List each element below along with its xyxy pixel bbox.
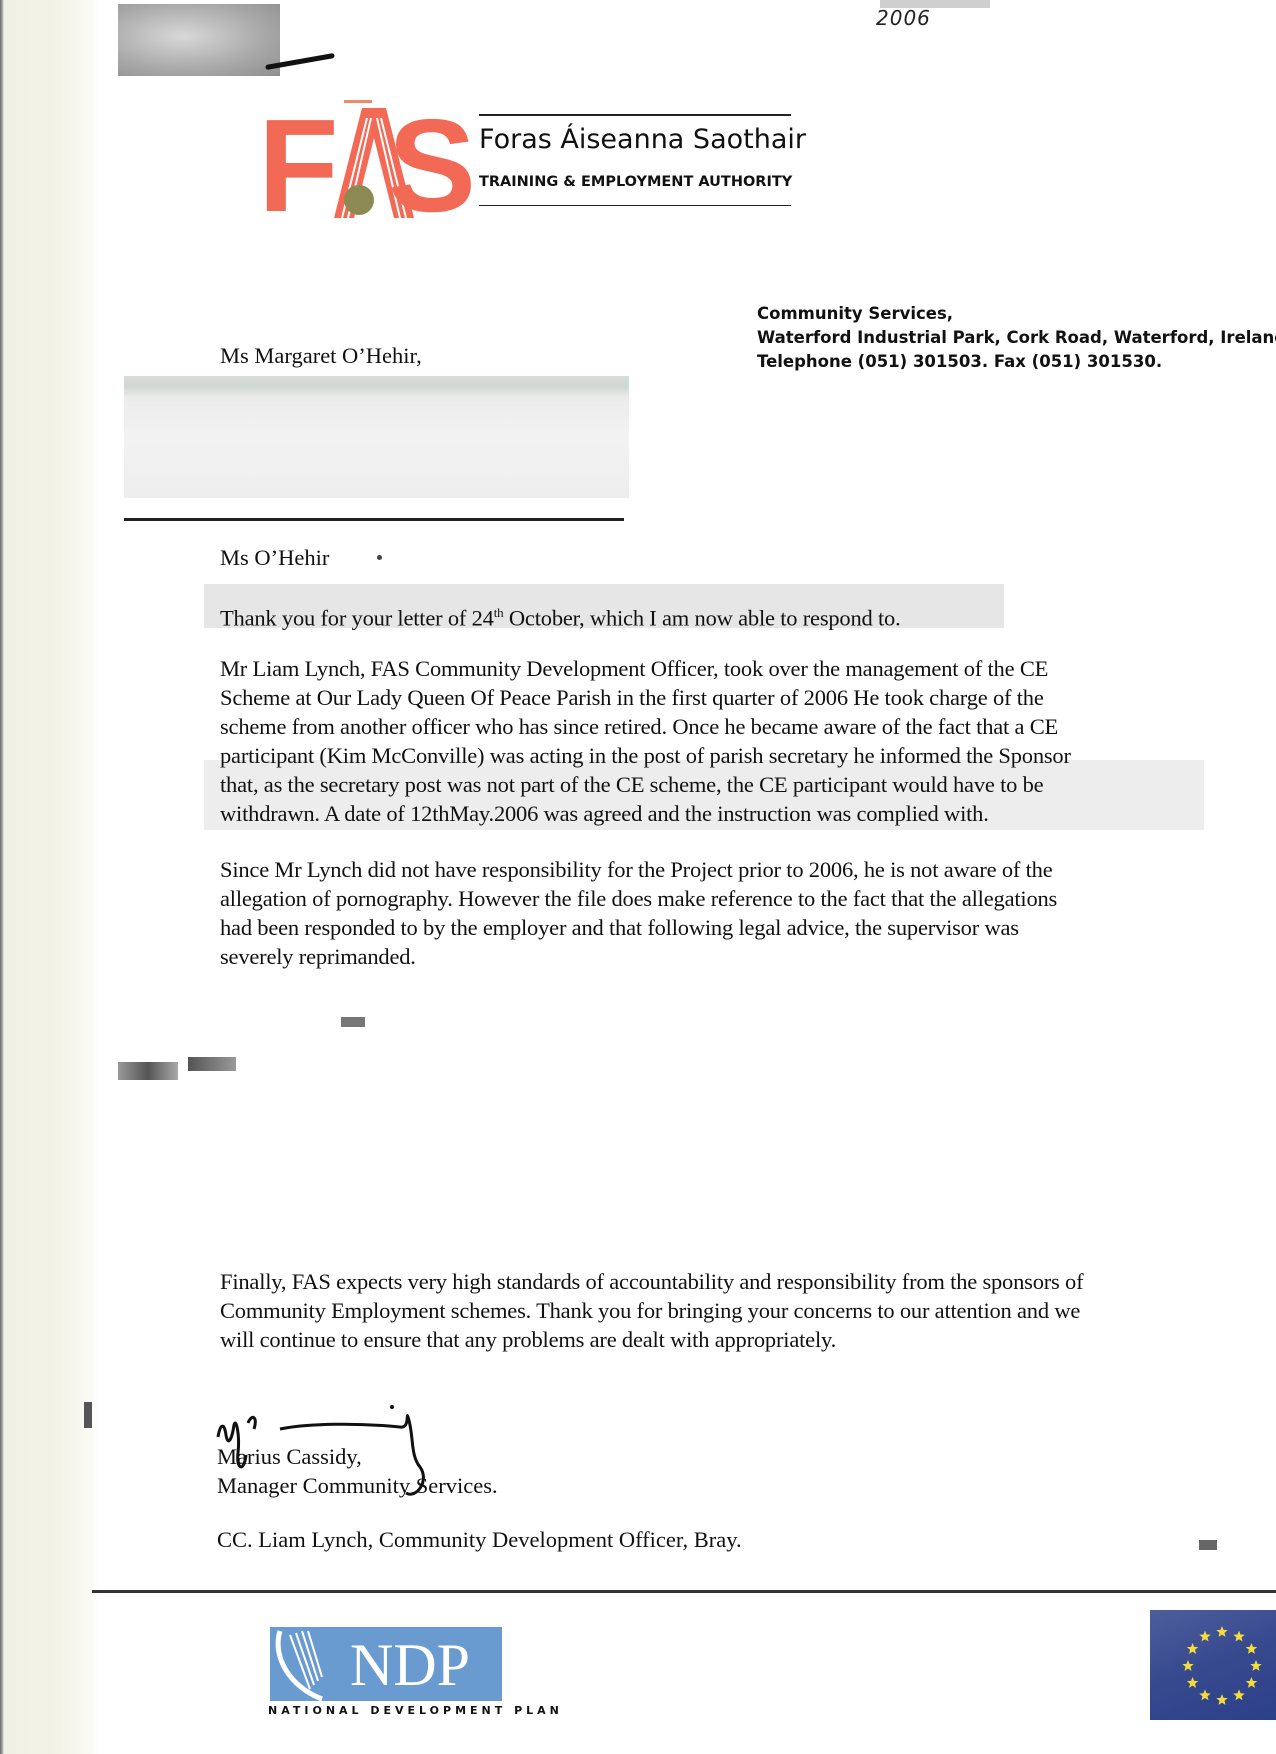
scan-speck	[377, 555, 382, 560]
staple-area	[118, 4, 280, 76]
signatory-title: Manager Community Services.	[217, 1471, 498, 1500]
paragraph-management: Mr Liam Lynch, FAS Community Development…	[220, 654, 1220, 828]
paragraph-line: participant (Kim McConville) was acting …	[220, 741, 1220, 770]
ndp-logo-text: NDP	[350, 1631, 470, 1700]
ndp-logo: NDP	[270, 1627, 502, 1701]
paragraph-text: Thank you for your letter of 24	[220, 606, 494, 631]
staple-icon	[265, 53, 335, 70]
letterhead-rule-top	[479, 114, 791, 116]
ndp-caption: NATIONAL DEVELOPMENT PLAN	[268, 1704, 563, 1717]
recipient-name: Ms Margaret O’Hehir,	[220, 343, 422, 369]
paragraph-line: withdrawn. A date of 12thMay.2006 was ag…	[220, 799, 1220, 828]
footer-rule	[92, 1590, 1276, 1593]
paragraph-line: Since Mr Lynch did not have responsibili…	[220, 855, 1220, 884]
harp-icon	[270, 1627, 350, 1701]
signatory-name: Marius Cassidy,	[217, 1442, 498, 1471]
eu-stars-icon	[1150, 1610, 1276, 1720]
address-line: Community Services,	[757, 302, 1276, 326]
paragraph-intro: Thank you for your letter of 24th Octobe…	[220, 598, 1220, 633]
scan-artifact	[84, 1402, 92, 1428]
org-subtitle: TRAINING & EMPLOYMENT AUTHORITY	[479, 174, 792, 190]
scan-artifact	[118, 1062, 178, 1080]
fas-logo-dot	[344, 185, 374, 215]
scanned-page-edge	[0, 0, 100, 1754]
paragraph-closing: Finally, FAS expects very high standards…	[220, 1267, 1220, 1354]
paragraph-line: allegation of pornography. However the f…	[220, 884, 1220, 913]
address-line: Waterford Industrial Park, Cork Road, Wa…	[757, 326, 1276, 350]
cc-line: CC. Liam Lynch, Community Development Of…	[217, 1527, 742, 1553]
scan-artifact	[1199, 1540, 1217, 1550]
fas-logo: F S	[258, 100, 468, 218]
paragraph-line: that, as the secretary post was not part…	[220, 770, 1220, 799]
paragraph-line: had been responded to by the employer an…	[220, 913, 1220, 942]
redacted-recipient-address	[124, 376, 629, 498]
address-divider	[124, 518, 624, 521]
paragraph-line: Finally, FAS expects very high standards…	[220, 1267, 1220, 1296]
paragraph-line: Mr Liam Lynch, FAS Community Development…	[220, 654, 1220, 683]
superscript: th	[494, 605, 504, 620]
letterhead-rule-bottom	[479, 205, 791, 206]
paragraph-line: Community Employment schemes. Thank you …	[220, 1296, 1220, 1325]
signatory-block: Marius Cassidy, Manager Community Servic…	[217, 1442, 498, 1500]
address-line: Telephone (051) 301503. Fax (051) 301530…	[757, 350, 1276, 374]
fas-logo-accent-bar	[344, 100, 372, 103]
paragraph-line: will continue to ensure that any problem…	[220, 1325, 1220, 1354]
fas-logo-letter-f: F	[258, 90, 339, 241]
scan-artifact	[188, 1057, 236, 1071]
handwritten-year-note: 2006	[876, 6, 931, 30]
paragraph-text: October, which I am now able to respond …	[503, 606, 900, 631]
salutation: Ms O’Hehir	[220, 545, 329, 571]
paragraph-line: Scheme at Our Lady Queen Of Peace Parish…	[220, 683, 1220, 712]
paragraph-allegation: Since Mr Lynch did not have responsibili…	[220, 855, 1220, 971]
fas-logo-letter-s: S	[388, 90, 476, 241]
paragraph-line: scheme from another officer who has sinc…	[220, 712, 1220, 741]
org-name: Foras Áiseanna Saothair	[479, 124, 806, 155]
paragraph-line: severely reprimanded.	[220, 942, 1220, 971]
eu-flag-icon	[1150, 1610, 1276, 1720]
scan-artifact	[341, 1017, 365, 1027]
sender-address: Community Services, Waterford Industrial…	[757, 302, 1276, 374]
